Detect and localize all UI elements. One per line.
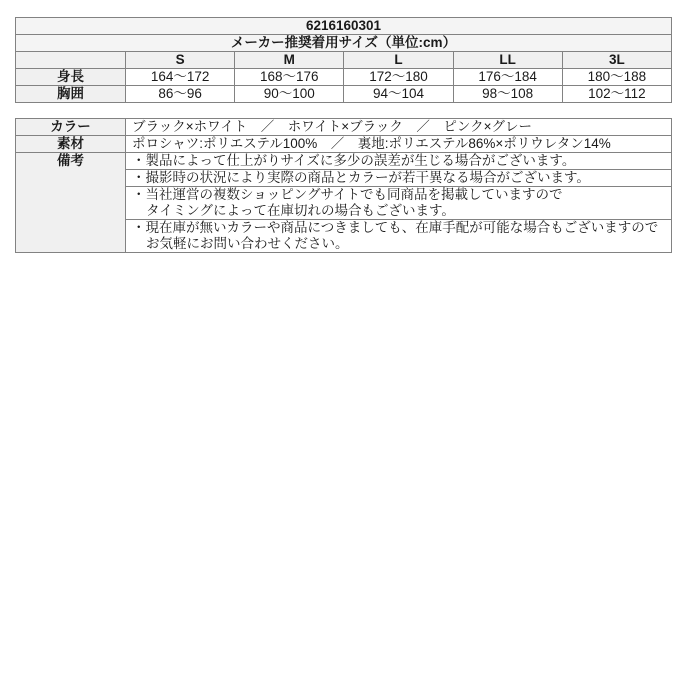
note-1-line-1: ・製品によって仕上がりサイズに多少の誤差が生じる場合がございます。 bbox=[132, 153, 665, 169]
product-info-table: カラー ブラック×ホワイト ／ ホワイト×ブラック ／ ピンク×グレー 素材 ポ… bbox=[15, 118, 672, 253]
size-col-m: M bbox=[235, 52, 344, 69]
material-row: 素材 ポロシャツ:ポリエステル100% ／ 裏地:ポリエステル86%×ポリウレタ… bbox=[16, 136, 672, 153]
color-value: ブラック×ホワイト ／ ホワイト×ブラック ／ ピンク×グレー bbox=[126, 119, 672, 136]
color-label: カラー bbox=[16, 119, 126, 136]
chest-s: 86～96 bbox=[126, 86, 235, 103]
chest-row: 胸囲 86～96 90～100 94～104 98～108 102～112 bbox=[16, 86, 672, 103]
material-value: ポロシャツ:ポリエステル100% ／ 裏地:ポリエステル86%×ポリウレタン14… bbox=[126, 136, 672, 153]
note-4: ・現在庫が無いカラーや商品につきましても、在庫手配が可能な場合もございますので … bbox=[126, 220, 672, 253]
size-col-3l: 3L bbox=[562, 52, 671, 69]
size-chart-table: 6216160301 メーカー推奨着用サイズ（単位:cm） S M L LL 3… bbox=[15, 17, 672, 103]
height-s: 164～172 bbox=[126, 69, 235, 86]
note-3-line-2: タイミングによって在庫切れの場合もございます。 bbox=[132, 203, 665, 219]
table-gap bbox=[15, 103, 690, 118]
color-row: カラー ブラック×ホワイト ／ ホワイト×ブラック ／ ピンク×グレー bbox=[16, 119, 672, 136]
chest-l: 94～104 bbox=[344, 86, 453, 103]
size-col-ll: LL bbox=[453, 52, 562, 69]
height-ll: 176～184 bbox=[453, 69, 562, 86]
page: 6216160301 メーカー推奨着用サイズ（単位:cm） S M L LL 3… bbox=[0, 0, 690, 690]
chest-m: 90～100 bbox=[235, 86, 344, 103]
note-1: ・製品によって仕上がりサイズに多少の誤差が生じる場合がございます。 bbox=[126, 153, 672, 170]
note-4-line-2: お気軽にお問い合わせください。 bbox=[132, 236, 665, 252]
corner-cell bbox=[16, 52, 126, 69]
size-chart-title-row: メーカー推奨着用サイズ（単位:cm） bbox=[16, 35, 672, 52]
note-3: ・当社運営の複数ショッピングサイトでも同商品を掲載していますので タイミングによ… bbox=[126, 187, 672, 220]
note-4-line-1: ・現在庫が無いカラーや商品につきましても、在庫手配が可能な場合もございますので bbox=[132, 220, 665, 236]
notes-label: 備考 bbox=[16, 153, 126, 253]
note-3-line-1: ・当社運営の複数ショッピングサイトでも同商品を掲載していますので bbox=[132, 187, 665, 203]
product-code: 6216160301 bbox=[16, 18, 672, 35]
size-chart-title: メーカー推奨着用サイズ（単位:cm） bbox=[16, 35, 672, 52]
note-2: ・撮影時の状況により実際の商品とカラーが若干異なる場合がございます。 bbox=[126, 170, 672, 187]
height-3l: 180～188 bbox=[562, 69, 671, 86]
chest-3l: 102～112 bbox=[562, 86, 671, 103]
note-row-1: 備考 ・製品によって仕上がりサイズに多少の誤差が生じる場合がございます。 bbox=[16, 153, 672, 170]
height-l: 172～180 bbox=[344, 69, 453, 86]
material-label: 素材 bbox=[16, 136, 126, 153]
size-col-l: L bbox=[344, 52, 453, 69]
height-label: 身長 bbox=[16, 69, 126, 86]
chest-ll: 98～108 bbox=[453, 86, 562, 103]
size-header-row: S M L LL 3L bbox=[16, 52, 672, 69]
chest-label: 胸囲 bbox=[16, 86, 126, 103]
height-m: 168～176 bbox=[235, 69, 344, 86]
note-2-line-1: ・撮影時の状況により実際の商品とカラーが若干異なる場合がございます。 bbox=[132, 170, 665, 186]
size-col-s: S bbox=[126, 52, 235, 69]
height-row: 身長 164～172 168～176 172～180 176～184 180～1… bbox=[16, 69, 672, 86]
product-code-row: 6216160301 bbox=[16, 18, 672, 35]
content-area: 6216160301 メーカー推奨着用サイズ（単位:cm） S M L LL 3… bbox=[0, 0, 690, 253]
